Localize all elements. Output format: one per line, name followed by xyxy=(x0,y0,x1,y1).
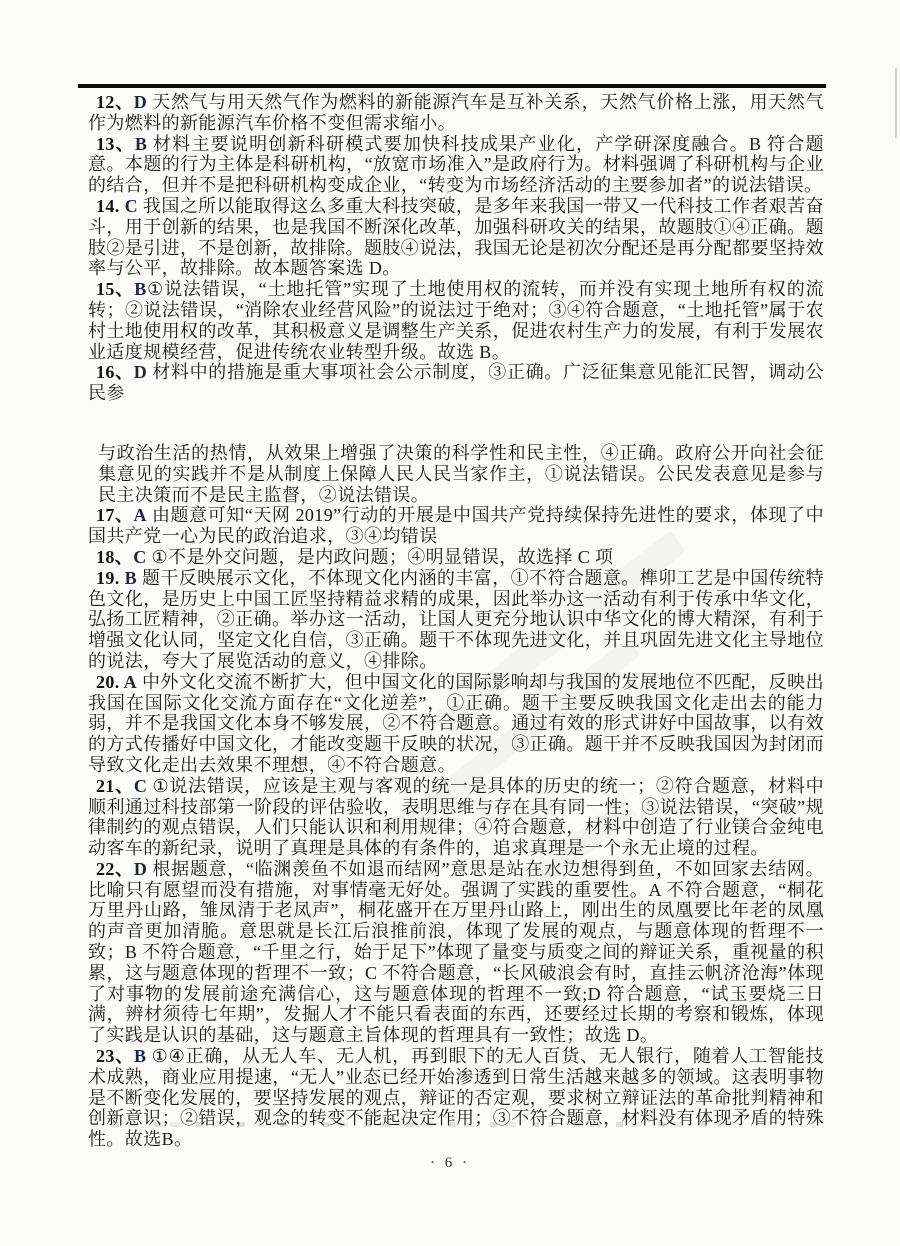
answer-letter: A xyxy=(124,672,137,692)
question-number: 16、 xyxy=(96,362,134,382)
answer-paragraph-19: 19. B 题干反映展示文化，不体现文化内涵的丰富，①不符合题意。榫卯工艺是中国… xyxy=(88,568,824,672)
explanation-text: 中外文化交流不断扩大，但中国文化的国际影响却与我国的发展地位不匹配，反映出我国在… xyxy=(88,672,824,775)
answer-letter: D xyxy=(134,859,147,879)
header-rule xyxy=(78,84,826,88)
answer-letter: B xyxy=(125,568,137,588)
answer-paragraph-12: 12、D 天然气与用天然气作为燃料的新能源汽车是互补关系，天然气价格上涨，用天然… xyxy=(88,92,824,134)
question-number: 18、 xyxy=(96,547,133,567)
question-number: 20. xyxy=(96,672,124,692)
explanation-text: 由题意可知“天网 2019”行动的开展是中国共产党持续保持先进性的要求，体现了中… xyxy=(88,505,824,546)
answer-letter: B xyxy=(134,279,146,299)
answer-paragraph-20: 20. A 中外文化交流不断扩大，但中国文化的国际影响却与我国的发展地位不匹配，… xyxy=(88,672,824,776)
explanation-text: ①说法错误，应该是主观与客观的统一是具体的历史的统一；②符合题意，材料中顺利通过… xyxy=(88,776,824,858)
explanation-text: ①不是外交问题，是内政问题；④明显错误，故选择 C 项 xyxy=(147,547,614,567)
answer-letter: B xyxy=(135,134,147,154)
answer-paragraph-18: 18、C ①不是外交问题，是内政问题；④明显错误，故选择 C 项 xyxy=(88,547,824,568)
answer-paragraph-16-continued: 与政治生活的热情，从效果上增强了决策的科学性和民主性，④正确。政府公开向社会征集… xyxy=(88,443,824,505)
explanation-text: ①说法错误，“土地托管”实现了土地使用权的流转，而并没有实现土地所有权的流转；②… xyxy=(88,279,824,361)
question-number: 17、 xyxy=(96,505,134,525)
question-number: 14. xyxy=(96,196,125,216)
answer-letter: C xyxy=(133,547,146,567)
question-number: 13、 xyxy=(96,134,135,154)
page-number: · 6 · xyxy=(430,1155,470,1171)
answer-paragraph-14: 14. C 我国之所以能取得这么多重大科技突破，是多年来我国一带又一代科技工作者… xyxy=(88,196,824,279)
question-number: 21、 xyxy=(96,776,134,796)
explanation-text: 天然气与用天然气作为燃料的新能源汽车是互补关系，天然气价格上涨，用天然气作为燃料… xyxy=(88,92,824,133)
answer-letter: D xyxy=(134,362,147,382)
question-number: 15、 xyxy=(96,279,134,299)
scanned-document-page: 12、D 天然气与用天然气作为燃料的新能源汽车是互补关系，天然气价格上涨，用天然… xyxy=(0,0,900,1246)
answer-paragraph-13: 13、B 材料主要说明创新科研模式要加快科技成果产业化，产学研深度融合。B 符合… xyxy=(88,134,824,196)
answer-paragraph-23: 23、B ①④正确，从无人车、无人机，再到眼下的无人百货、无人银行，随着人工智能… xyxy=(88,1046,824,1150)
page-footer: · 6 · xyxy=(0,1155,900,1172)
question-number: 22、 xyxy=(96,859,134,879)
question-number: 19. xyxy=(96,568,125,588)
explanation-text: 我国之所以能取得这么多重大科技突破，是多年来我国一带又一代科技工作者艰苦奋斗，用… xyxy=(88,196,824,278)
explanation-text: 根据题意，“临渊羡鱼不如退而结网”意思是站在水边想得到鱼，不如回家去结网。比喻只… xyxy=(88,859,824,1045)
explanation-text: ①④正确，从无人车、无人机，再到眼下的无人百货、无人银行，随着人工智能技术成熟，… xyxy=(88,1046,824,1149)
question-number: 23、 xyxy=(96,1046,134,1066)
answer-letter: C xyxy=(125,196,138,216)
answer-letter: C xyxy=(134,776,147,796)
explanation-text: 题干反映展示文化，不体现文化内涵的丰富，①不符合题意。榫卯工艺是中国传统特色文化… xyxy=(88,568,824,671)
answer-paragraph-21: 21、C ①说法错误，应该是主观与客观的统一是具体的历史的统一；②符合题意，材料… xyxy=(88,776,824,859)
explanation-text: 与政治生活的热情，从效果上增强了决策的科学性和民主性，④正确。政府公开向社会征集… xyxy=(98,443,824,505)
scan-edge-line xyxy=(895,68,897,138)
explanation-text: 材料中的措施是重大事项社会公示制度，③正确。广泛征集意见能汇民智，调动公民参 xyxy=(88,362,824,403)
answer-letter: A xyxy=(134,505,147,525)
answer-paragraph-15: 15、B①说法错误，“土地托管”实现了土地使用权的流转，而并没有实现土地所有权的… xyxy=(88,279,824,362)
answer-letter: D xyxy=(134,92,147,112)
explanation-text: 材料主要说明创新科研模式要加快科技成果产业化，产学研深度融合。B 符合题意。本题… xyxy=(88,134,824,196)
question-number: 12、 xyxy=(96,92,134,112)
cutoff-text-artifact xyxy=(112,1122,737,1127)
answer-paragraph-17: 17、A 由题意可知“天网 2019”行动的开展是中国共产党持续保持先进性的要求… xyxy=(88,505,824,547)
answer-explanations: 12、D 天然气与用天然气作为燃料的新能源汽车是互补关系，天然气价格上涨，用天然… xyxy=(88,92,824,1150)
answer-letter: B xyxy=(134,1046,146,1066)
answer-paragraph-16: 16、D 材料中的措施是重大事项社会公示制度，③正确。广泛征集意见能汇民智，调动… xyxy=(88,362,824,404)
answer-paragraph-22: 22、D 根据题意，“临渊羡鱼不如退而结网”意思是站在水边想得到鱼，不如回家去结… xyxy=(88,859,824,1046)
